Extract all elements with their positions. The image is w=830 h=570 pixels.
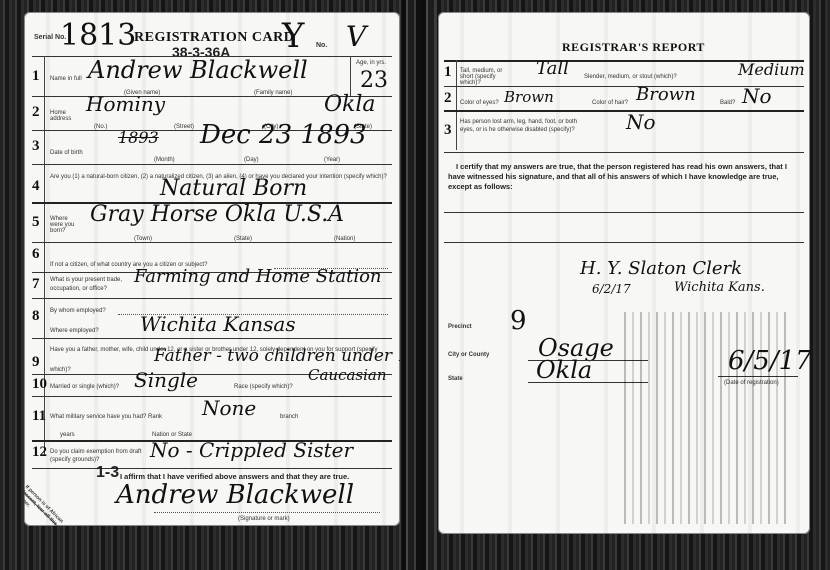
field-number-1: 1: [32, 68, 40, 85]
divider: [444, 110, 804, 112]
serial-number: 1813: [60, 18, 136, 53]
sublabel-day: (Day): [244, 157, 259, 163]
field-value-dob: Dec 23 1893: [200, 120, 367, 150]
field-label-8b: Where employed?: [50, 328, 99, 334]
field-value-employer-location: Wichita Kansas: [140, 312, 296, 336]
report-value-bald: No: [742, 84, 772, 108]
bleed-through-artifact: [618, 312, 788, 524]
registration-card-front: Serial No. 1813 REGISTRATION CARD 38-3-3…: [24, 12, 400, 526]
field-label-11: What military service have you had? Rank: [50, 414, 162, 420]
field-label-7: What is your present trade, occupation, …: [50, 276, 130, 294]
field-number-3: 3: [32, 138, 40, 155]
report-title: REGISTRAR'S REPORT: [562, 40, 705, 55]
order-label: No.: [316, 42, 327, 49]
registrant-signature: Andrew Blackwell: [116, 480, 354, 510]
city-county-label: City or County: [448, 352, 489, 358]
divider: [32, 242, 392, 243]
report-label-build: Slender, medium, or stout (which)?: [584, 74, 677, 80]
field-label-12: Do you claim exemption from draft (speci…: [50, 448, 142, 464]
field-label-3: Date of birth: [50, 150, 83, 156]
age-label: Age, in yrs.: [356, 60, 386, 66]
report-value-build: Medium: [738, 60, 805, 79]
precinct-value: 9: [510, 306, 527, 336]
report-label-1: Tall, medium, or short (specify which)?: [460, 68, 510, 86]
field-value-home-state: Okla: [324, 92, 376, 117]
exception-line: [444, 242, 804, 243]
race-mark: Y: [282, 16, 304, 56]
exception-line: [444, 212, 804, 213]
certification-text: I certify that my answers are true, that…: [448, 162, 798, 192]
field-number-12: 12: [32, 444, 47, 461]
divider: [32, 298, 392, 299]
field-label-years: years: [60, 432, 75, 438]
report-number-2: 2: [444, 90, 452, 107]
divider: [32, 164, 392, 165]
number-column-line: [456, 60, 457, 150]
field-value-birthplace: Gray Horse Okla U.S.A: [90, 202, 344, 227]
field-value-exemption: No - Crippled Sister: [150, 438, 353, 462]
field-number-10: 10: [32, 376, 47, 393]
field-number-9: 9: [32, 354, 40, 371]
report-value-height: Tall: [536, 58, 569, 79]
precinct-label: Precinct: [448, 324, 472, 330]
report-value-hair: Brown: [636, 84, 696, 105]
age-divider: [350, 56, 351, 96]
registrar-location: Wichita Kans.: [674, 280, 765, 295]
field-label-8: By whom employed?: [50, 308, 106, 314]
divider: [444, 152, 804, 153]
sublabel-year: (Year): [324, 157, 340, 163]
field-number-7: 7: [32, 276, 40, 293]
age-value: 23: [360, 68, 388, 93]
report-number-1: 1: [444, 64, 452, 81]
report-value-eyes: Brown: [504, 88, 554, 106]
report-number-3: 3: [444, 122, 452, 139]
field-value-race: Caucasian: [308, 366, 387, 384]
field-number-4: 4: [32, 178, 40, 195]
state-label: State: [448, 376, 463, 382]
field-value-marital: Single: [134, 368, 198, 392]
report-label-eyes: Color of eyes?: [460, 100, 499, 106]
field-label-2: Home address: [50, 110, 80, 122]
field-number-2: 2: [32, 104, 40, 121]
field-label-10: Married or single (which)?: [50, 384, 119, 390]
registrar-signature: H. Y. Slaton Clerk: [580, 258, 742, 279]
divider: [32, 468, 392, 469]
field-value-citizenship: Natural Born: [160, 176, 307, 201]
order-number: V: [346, 20, 366, 53]
report-label-bald: Bald?: [720, 100, 735, 106]
field-value-dob-struck: 1893: [118, 128, 159, 147]
divider: [32, 338, 392, 339]
field-value-military: None: [202, 396, 256, 420]
report-label-hair: Color of hair?: [592, 100, 628, 106]
field-number-8: 8: [32, 308, 40, 325]
field-number-11: 11: [32, 408, 46, 425]
field-value-occupation: Farming and Home Station: [134, 266, 382, 287]
report-label-3: Has person lost arm, leg, hand, foot, or…: [460, 118, 590, 134]
field-label-branch: branch: [280, 414, 298, 420]
corner-note: If person is of African descent, tear of…: [24, 484, 66, 526]
sublabel-month: (Month): [154, 157, 175, 163]
field-value-dependents: Father - two children under 12: [154, 346, 400, 366]
field-label-1: Name in full: [50, 76, 82, 82]
field-value-home: Hominy: [86, 92, 165, 116]
film-divider: [402, 0, 436, 570]
field-number-5: 5: [32, 214, 40, 231]
field-label-5: Where were you born?: [50, 216, 80, 234]
signature-line: [154, 512, 380, 513]
report-value-disability: No: [626, 110, 656, 134]
registrars-report: REGISTRAR'S REPORT 1 Tall, medium, or sh…: [438, 12, 810, 534]
state-value: Okla: [536, 356, 592, 384]
signature-label: (Signature or mark): [238, 516, 290, 522]
field-number-6: 6: [32, 246, 40, 263]
registrar-date-note: 6/2/17: [592, 282, 631, 296]
field-value-name: Andrew Blackwell: [88, 56, 308, 84]
field-label-race: Race (specify which)?: [234, 384, 293, 390]
